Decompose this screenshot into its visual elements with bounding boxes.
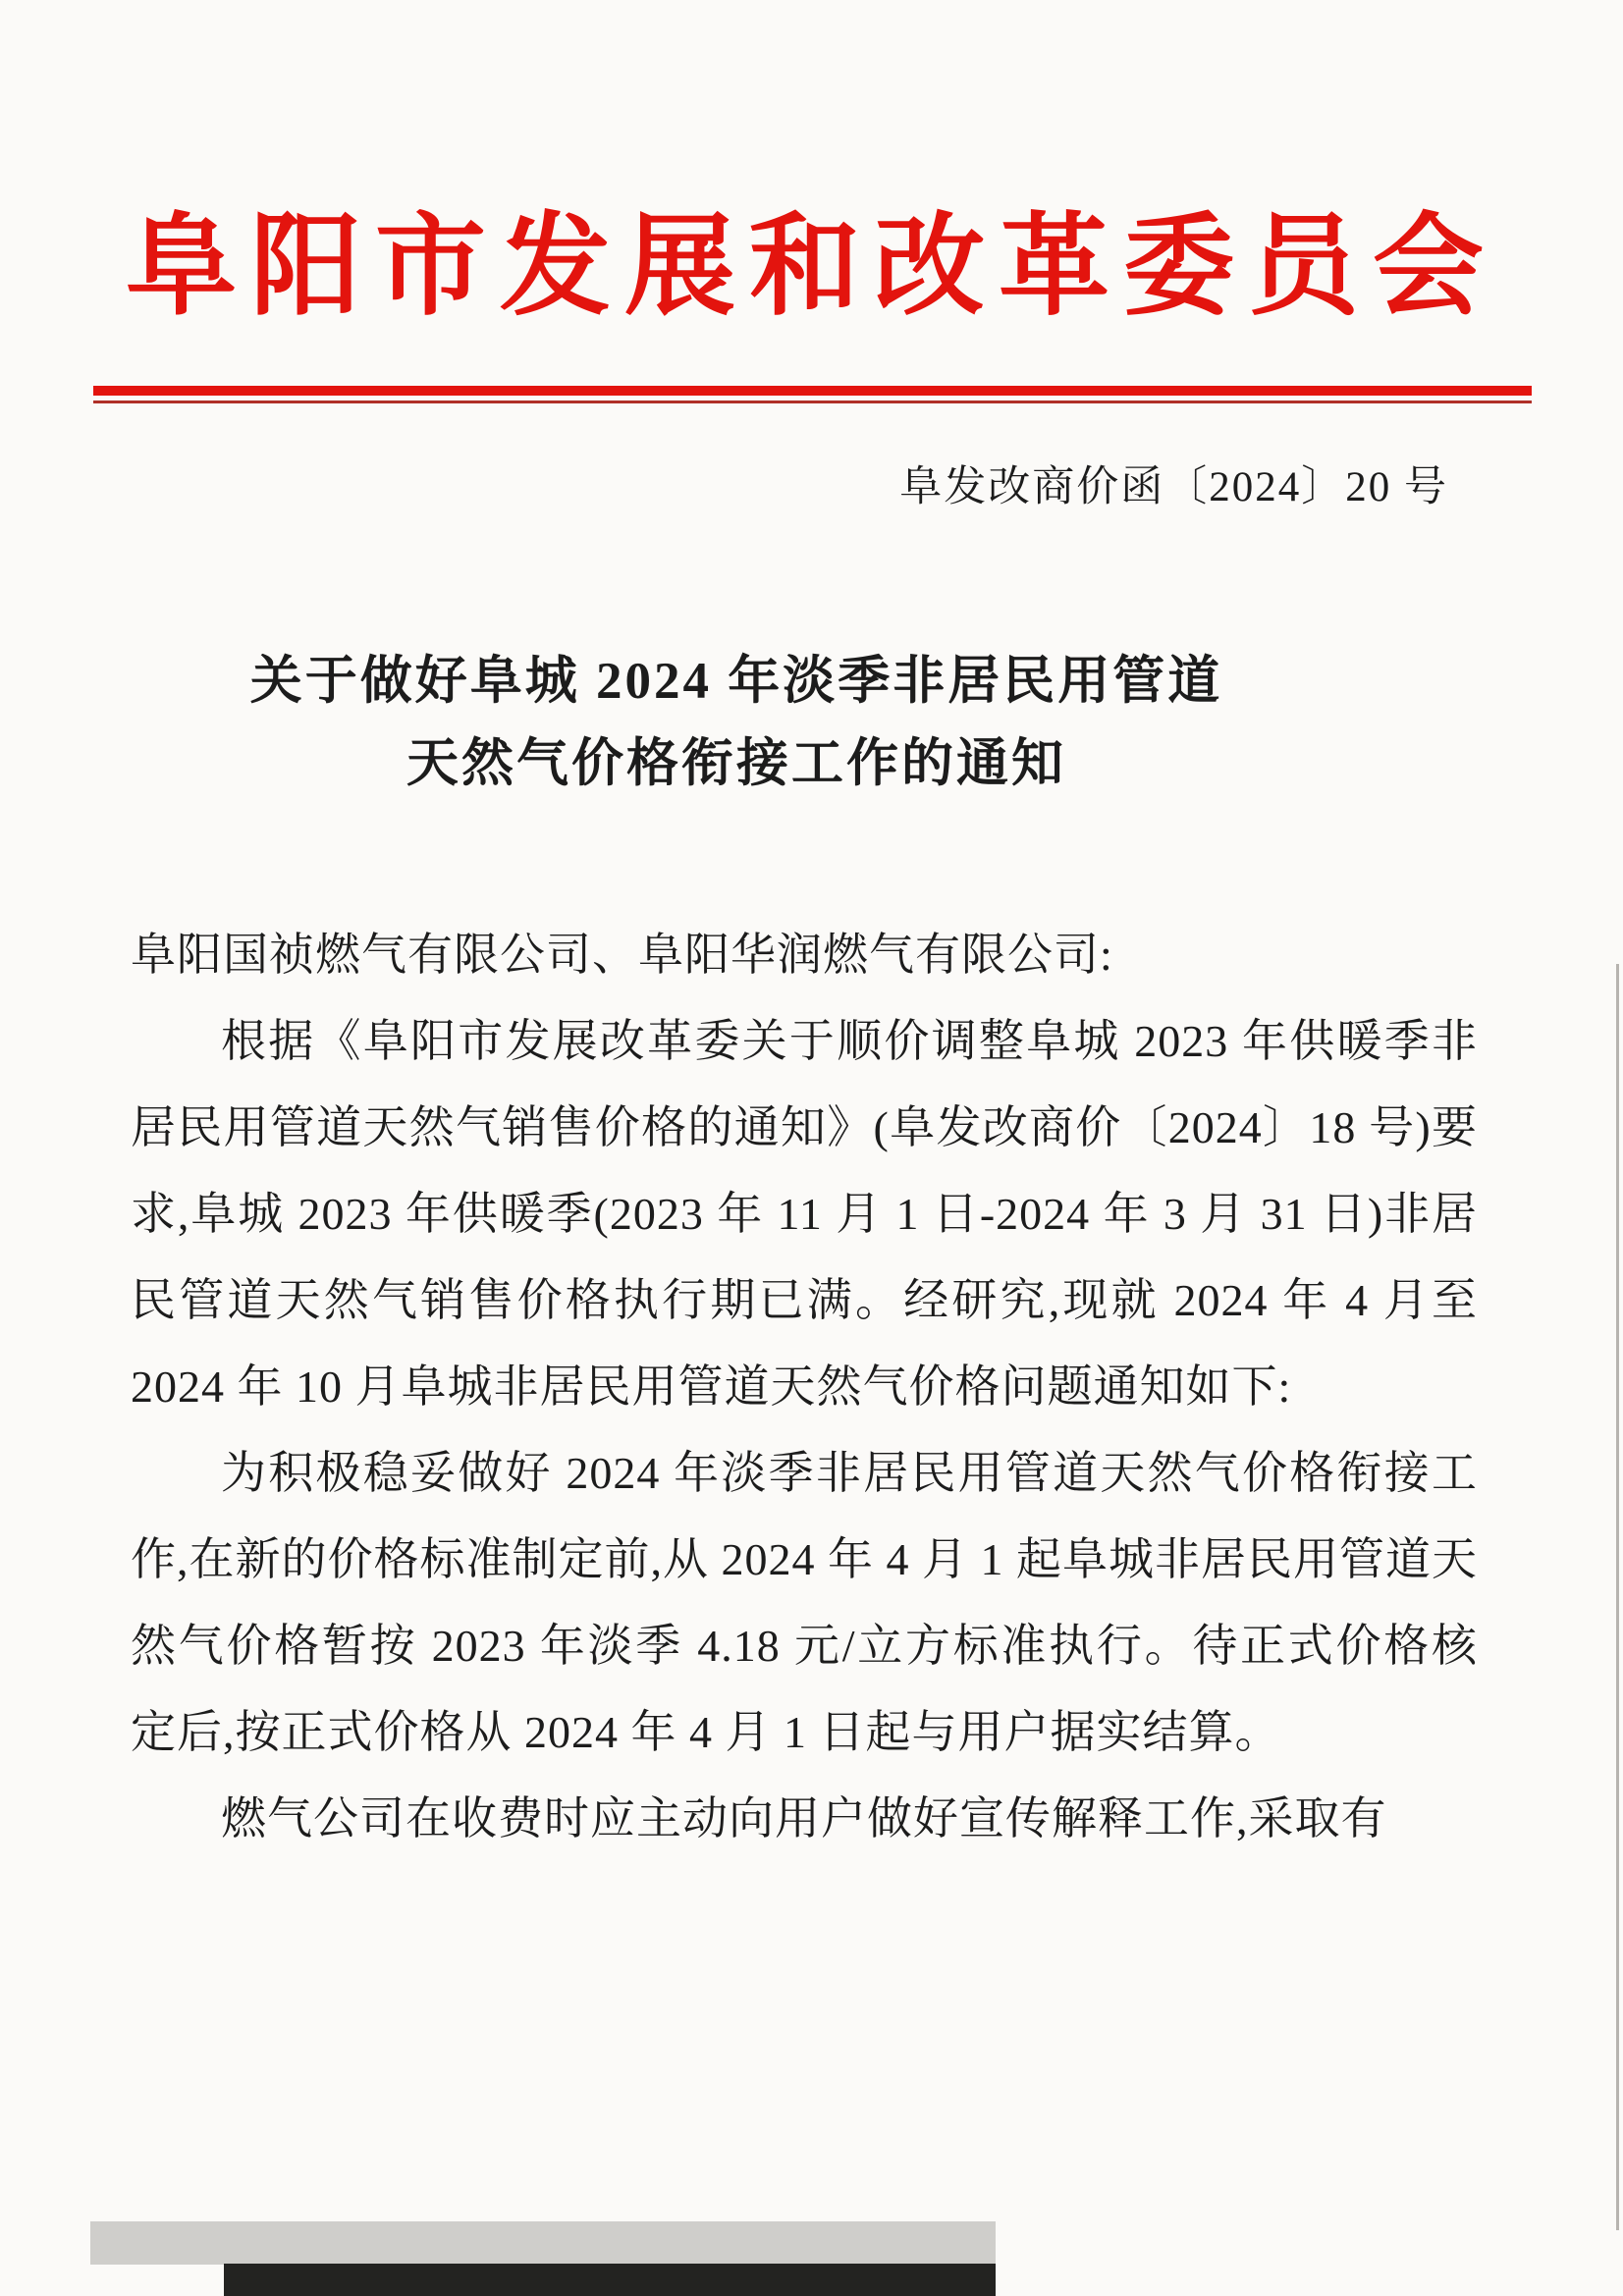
red-divider-thick-line bbox=[93, 386, 1532, 396]
scanned-official-document: 阜阳市发展和改革委员会 阜发改商价函〔2024〕20 号 关于做好阜城 2024… bbox=[0, 0, 1623, 2296]
body-paragraph-3: 燃气公司在收费时应主动向用户做好宣传解释工作,采取有 bbox=[131, 1776, 1478, 1862]
document-body: 阜阳国祯燃气有限公司、阜阳华润燃气有限公司: 根据《阜阳市发展改革委关于顺价调整… bbox=[131, 912, 1478, 1862]
scan-page-edge-black-band bbox=[224, 2264, 996, 2296]
body-paragraph-2: 为积极稳妥做好 2024 年淡季非居民用管道天然气价格衔接工作,在新的价格标准制… bbox=[131, 1430, 1478, 1776]
scan-page-edge-gray-band bbox=[90, 2221, 996, 2265]
document-number: 阜发改商价函〔2024〕20 号 bbox=[0, 454, 1623, 513]
document-title: 关于做好阜城 2024 年淡季非居民用管道 天然气价格衔接工作的通知 bbox=[98, 640, 1375, 805]
document-title-line-1: 关于做好阜城 2024 年淡季非居民用管道 bbox=[98, 640, 1375, 722]
salutation-line: 阜阳国祯燃气有限公司、阜阳华润燃气有限公司: bbox=[131, 912, 1478, 998]
body-paragraph-1: 根据《阜阳市发展改革委关于顺价调整阜城 2023 年供暖季非居民用管道天然气销售… bbox=[131, 998, 1478, 1430]
red-divider-thin-line bbox=[93, 400, 1532, 403]
agency-letterhead: 阜阳市发展和改革委员会 bbox=[0, 201, 1623, 335]
document-title-line-2: 天然气价格衔接工作的通知 bbox=[98, 722, 1375, 805]
red-divider-line bbox=[93, 386, 1532, 403]
scan-right-edge-line bbox=[1616, 964, 1619, 2230]
